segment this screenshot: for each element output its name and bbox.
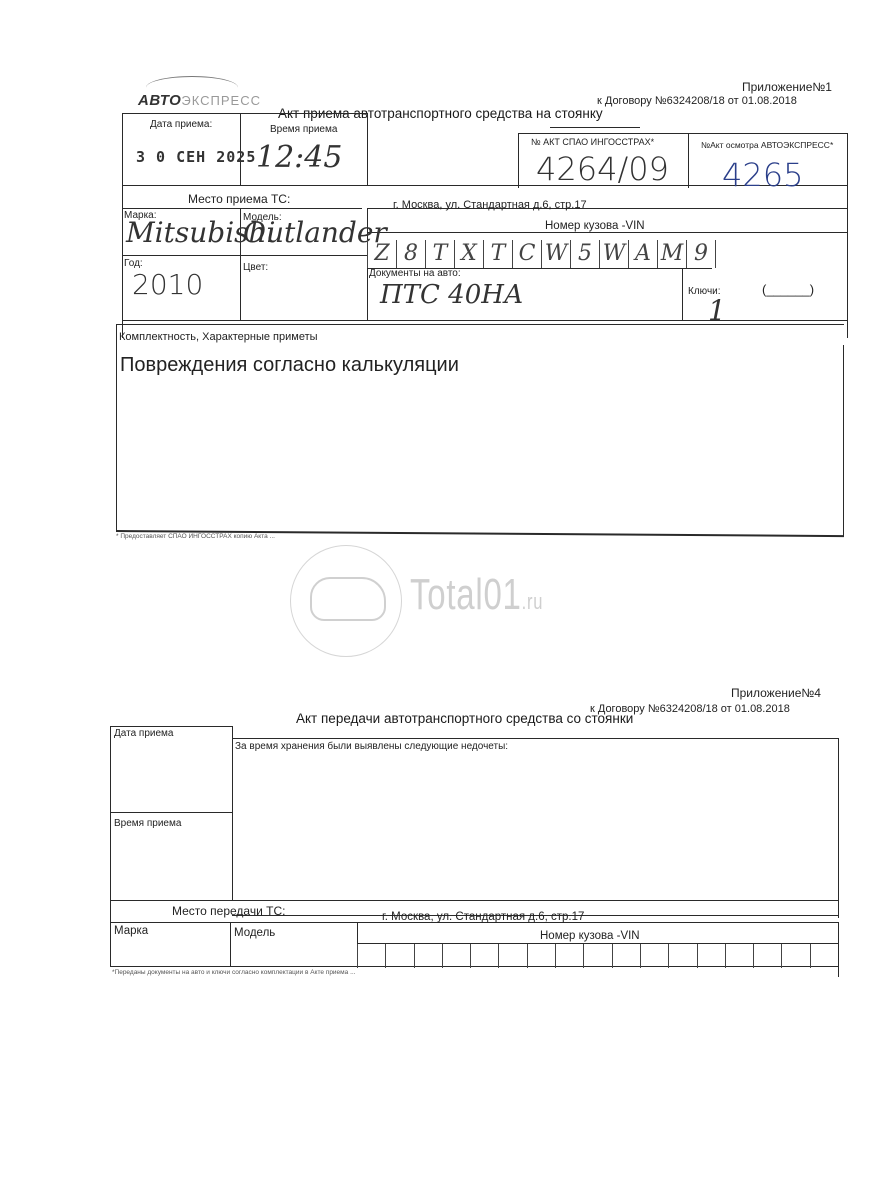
vin-cell	[385, 944, 414, 968]
appendix-1-label: Приложение№1	[742, 80, 832, 94]
vin-cell: Z	[367, 240, 397, 268]
vin-cell: 8	[396, 240, 426, 268]
keys-value: 1	[708, 294, 726, 327]
vin-cell	[357, 944, 386, 968]
docs-label: Документы на авто:	[369, 268, 461, 279]
vin-cell: 5	[570, 240, 600, 268]
time-value: 12:45	[256, 140, 342, 175]
vin-char: T	[484, 241, 512, 266]
vin-cell	[442, 944, 471, 968]
place-value: г. Москва, ул. Стандартная д.6, стр.17	[393, 199, 587, 211]
act4-model-label: Модель	[234, 927, 275, 939]
vin-label: Номер кузова -VIN	[545, 220, 645, 232]
watermark: Total01.ru	[290, 545, 610, 655]
vin-cell	[612, 944, 641, 968]
vin-cell	[725, 944, 754, 968]
model-value: Outlander	[243, 216, 387, 249]
time-label: Время приема	[270, 124, 337, 135]
vin-cell	[640, 944, 669, 968]
vin-char: Z	[368, 241, 396, 266]
vin-grid: Z8TXTCW5WAM9	[367, 240, 717, 268]
vin-cell: C	[512, 240, 542, 268]
vin-cell	[583, 944, 612, 968]
vin-cell: M	[657, 240, 687, 268]
vin-cell	[810, 944, 839, 968]
vin-cell: T	[425, 240, 455, 268]
vin-cell	[781, 944, 810, 968]
cloud-car-icon	[310, 577, 386, 621]
act4-place-label: Место передачи ТС:	[172, 904, 285, 918]
vin-cell: A	[628, 240, 658, 268]
vin-cell: T	[483, 240, 513, 268]
act4-title: Акт передачи автотранспортного средства …	[296, 711, 633, 726]
appendix-4-label: Приложение№4	[731, 686, 821, 700]
act4-place-value: г. Москва, ул. Стандартная д.6, стр.17	[382, 911, 584, 923]
vin-cell	[527, 944, 556, 968]
act4-time-label: Время приема	[114, 818, 181, 829]
vin-cell	[555, 944, 584, 968]
vin-cell	[498, 944, 527, 968]
vin-char: C	[513, 241, 541, 266]
vin-cell	[697, 944, 726, 968]
vin-char: 9	[687, 241, 715, 266]
watermark-text: Total01.ru	[410, 570, 543, 620]
act-ingos-value: 4264/09	[536, 150, 669, 188]
date-label: Дата приема:	[150, 119, 212, 130]
date-stamp: 3 0 СЕН 2025	[136, 148, 256, 166]
act-avto-value: 4265	[722, 156, 803, 194]
act4-vin-grid	[357, 944, 838, 972]
act4-vin-label: Номер кузова -VIN	[540, 930, 640, 942]
vin-cell	[470, 944, 499, 968]
defects-label: За время хранения были выявлены следующи…	[235, 741, 508, 752]
completeness-value: Повреждения согласно калькуляции	[120, 354, 459, 377]
act4-footnote: *Переданы документы на авто и ключи согл…	[112, 969, 355, 976]
act-ingos-label: № АКТ СПАО ИНГОССТРАХ*	[531, 137, 654, 147]
keys-blank: (______)	[762, 282, 814, 297]
completeness-label: Комплектность, Характерные приметы	[119, 331, 318, 343]
contract-ref-1: к Договору №6324208/18 от 01.08.2018	[597, 95, 797, 107]
act4-date-label: Дата приема	[114, 728, 173, 739]
vin-cell: W	[541, 240, 571, 268]
vin-cell: X	[454, 240, 484, 268]
vin-char: W	[542, 241, 570, 266]
act1-footnote: * Предоставляет СПАО ИНГОССТРАХ копию Ак…	[116, 533, 275, 540]
color-label: Цвет:	[243, 262, 268, 273]
vin-char: M	[658, 241, 686, 266]
title-underline	[550, 127, 640, 128]
vin-char: A	[629, 241, 657, 266]
act-avto-label: №Акт осмотра АВТОЭКСПРЕСС*	[701, 140, 833, 150]
vin-char: T	[426, 241, 454, 266]
place-label: Место приема ТС:	[188, 192, 290, 206]
vin-cell-end	[715, 240, 716, 268]
vin-char: X	[455, 241, 483, 266]
year-value: 2010	[132, 268, 203, 301]
docs-value: ПТС 40НА	[380, 280, 524, 310]
vin-cell	[414, 944, 443, 968]
vin-char: W	[600, 241, 628, 266]
vin-cell: W	[599, 240, 629, 268]
act4-brand-label: Марка	[114, 925, 148, 937]
vin-cell: 9	[686, 240, 716, 268]
vin-char: 8	[397, 241, 425, 266]
company-logo: АВТОЭКСПРЕСС	[138, 92, 261, 109]
vin-cell	[753, 944, 782, 968]
vin-cell	[668, 944, 697, 968]
vin-char: 5	[571, 241, 599, 266]
